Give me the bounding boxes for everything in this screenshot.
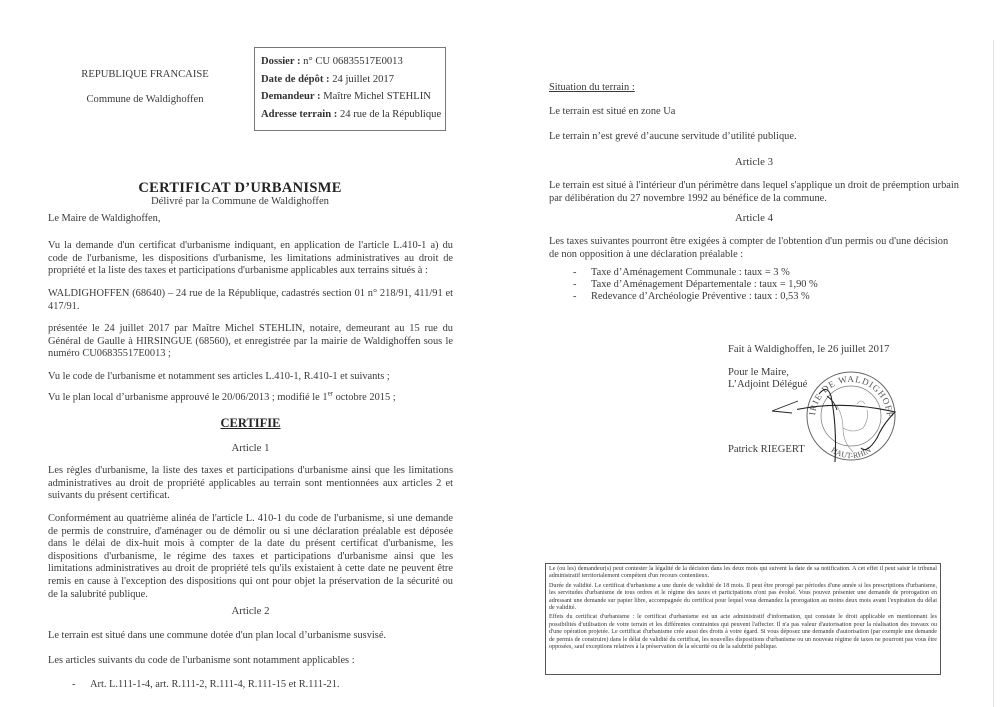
- article-1-paragraph-2: Conformément au quatrième alinéa de l'ar…: [48, 513, 453, 601]
- legal-notice-recours: Le (ou les) demandeur(s) peut contester …: [549, 566, 937, 581]
- article-3-title: Article 3: [549, 156, 959, 169]
- place-date: Fait à Waldighoffen, le 26 juillet 2017: [728, 344, 958, 357]
- dossier-number: Dossier : n° CU 06835517E0013: [261, 53, 445, 71]
- signature-tail-icon: [770, 395, 800, 415]
- paragraph-vu-plu: Vu le plan local d’urbanisme approuvé le…: [48, 392, 453, 405]
- document-title: CERTIFICAT D’URBANISME Délivré par la Co…: [40, 180, 440, 208]
- servitude-statement: Le terrain n’est grevé d’aucune servitud…: [549, 131, 959, 144]
- article-4-paragraph: Les taxes suivantes pourront être exigée…: [549, 236, 959, 261]
- tax-item-communale: Taxe d’Aménagement Communale : taux = 3 …: [563, 267, 943, 279]
- title-main: CERTIFICAT D’URBANISME: [40, 180, 440, 196]
- republic-label: REPUBLIQUE FRANCAISE: [60, 69, 230, 82]
- paragraph-vu-code: Vu le code de l'urbanisme et notamment s…: [48, 371, 453, 384]
- commune-label: Commune de Waldighoffen: [60, 94, 230, 107]
- article-1-title: Article 1: [48, 442, 453, 455]
- tax-item-departementale: Taxe d’Aménagement Départementale : taux…: [563, 279, 943, 291]
- paragraph-presentee: présentée le 24 juillet 2017 par Maître …: [48, 323, 453, 361]
- issuer-header: REPUBLIQUE FRANCAISE Commune de Waldigho…: [60, 69, 230, 118]
- legal-notice-box: Le (ou les) demandeur(s) peut contester …: [545, 563, 941, 675]
- paragraph-vu-demande: Vu la demande d'un certificat d'urbanism…: [48, 240, 453, 278]
- article-4-title: Article 4: [549, 212, 959, 225]
- mairie-stamp-icon: MAIRIE DE WALDIGHOFFEN HAUT-RHIN: [797, 366, 905, 466]
- salutation: Le Maire de Waldighoffen,: [48, 213, 453, 226]
- article-2-title: Article 2: [48, 605, 453, 618]
- title-subtitle: Délivré par la Commune de Waldighoffen: [40, 196, 440, 208]
- land-address: Adresse terrain : 24 rue de la Républiqu…: [261, 106, 445, 124]
- article-2-paragraph-1: Le terrain est situé dans une commune do…: [48, 630, 453, 643]
- taxes-list: Taxe d’Aménagement Communale : taux = 3 …: [563, 267, 943, 303]
- legal-notice-effets: Effets du certificat d'urbanisme : le ce…: [549, 614, 937, 651]
- paragraph-terrain-location: WALDIGHOFFEN (68640) – 24 rue de la Répu…: [48, 288, 453, 313]
- legal-notice-validite: Durée de validité. Le certificat d'urban…: [549, 583, 937, 613]
- applicant: Demandeur : Maître Michel STEHLIN: [261, 88, 445, 106]
- list-item: Art. L.111-1-4, art. R.111-2, R.111-4, R…: [62, 679, 467, 692]
- zone-statement: Le terrain est situé en zone Ua: [549, 106, 959, 119]
- article-2-list: Art. L.111-1-4, art. R.111-2, R.111-4, R…: [62, 679, 467, 692]
- article-1-paragraph-1: Les règles d'urbanisme, la liste des tax…: [48, 465, 453, 503]
- situation-heading: Situation du terrain :: [549, 82, 959, 95]
- article-3-paragraph: Le terrain est situé à l'intérieur d'un …: [549, 180, 959, 205]
- certifie-heading: CERTIFIE: [48, 417, 453, 432]
- deposit-date: Date de dépôt : 24 juillet 2017: [261, 71, 445, 89]
- dossier-info-box: Dossier : n° CU 06835517E0013 Date de dé…: [254, 47, 446, 131]
- scan-edge-divider: [993, 40, 994, 707]
- article-2-paragraph-2: Les articles suivants du code de l'urban…: [48, 655, 453, 668]
- tax-item-archeologie: Redevance d’Archéologie Préventive : tau…: [563, 291, 943, 303]
